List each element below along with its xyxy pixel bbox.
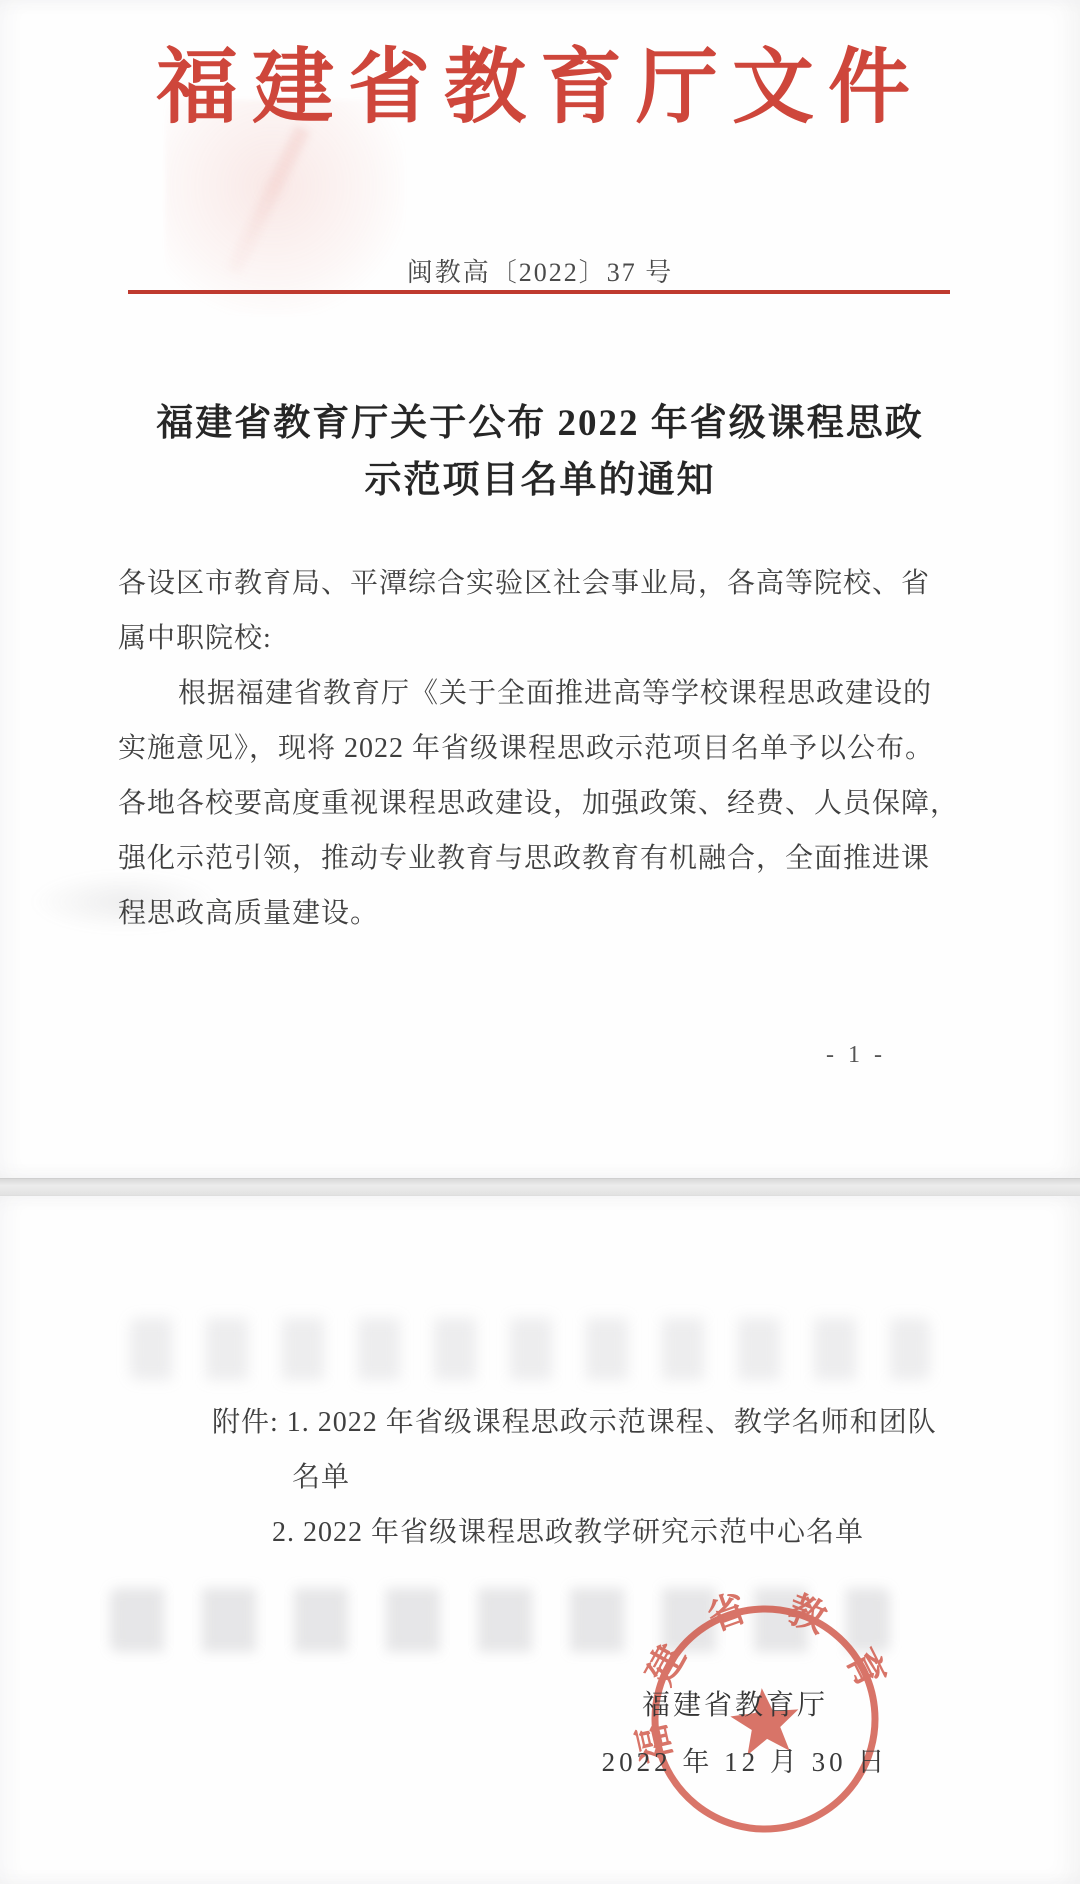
recipients-line: 属中职院校: (118, 611, 960, 666)
attachment-list-line-2: 名单 (292, 1455, 350, 1495)
document-page-1: 福建省教育厅文件 闽教高〔2022〕37 号 福建省教育厅关于公布 2022 年… (0, 0, 1080, 1178)
body-paragraph-line: 强化示范引领，推动专业教育与思政教育有机融合，全面推进课 (118, 831, 960, 886)
page-separator-gap (0, 1178, 1080, 1196)
document-number: 闽教高〔2022〕37 号 (0, 252, 1080, 289)
red-divider-rule (128, 290, 950, 294)
issue-date: 2022 年 12 月 30 日 (555, 1740, 935, 1779)
document-title-line-1: 福建省教育厅关于公布 2022 年省级课程思政 (0, 392, 1080, 446)
body-paragraph-line: 各地各校要高度重视课程思政建设，加强政策、经费、人员保障， (118, 776, 960, 831)
body-paragraph-line: 根据福建省教育厅《关于全面推进高等学校课程思政建设的 (118, 666, 960, 721)
bleedthrough-text-ghost (130, 1318, 930, 1380)
attachment-list-line-1: 附件: 1. 2022 年省级课程思政示范课程、教学名师和团队 (212, 1400, 937, 1440)
issuer-signature: 福建省教育厅 (560, 1683, 910, 1723)
body-paragraph-line: 程思政高质量建设。 (118, 886, 960, 941)
document-page-2: 附件: 1. 2022 年省级课程思政示范课程、教学名师和团队 名单 2. 20… (0, 1196, 1080, 1884)
issuer-header: 福建省教育厅文件 (0, 22, 1080, 139)
body-paragraph-line: 实施意见》，现将 2022 年省级课程思政示范项目名单予以公布。 (118, 721, 960, 776)
scanned-official-document: 福建省教育厅文件 闽教高〔2022〕37 号 福建省教育厅关于公布 2022 年… (0, 0, 1080, 1884)
attachment-list-line-3: 2. 2022 年省级课程思政教学研究示范中心名单 (272, 1510, 864, 1550)
document-title-line-2: 示范项目名单的通知 (0, 449, 1080, 503)
document-body: 各设区市教育局、平潭综合实验区社会事业局，各高等院校、省 属中职院校: 根据福建… (118, 556, 960, 941)
page-number-footer: - 1 - (826, 1042, 886, 1069)
recipients-line: 各设区市教育局、平潭综合实验区社会事业局，各高等院校、省 (118, 556, 960, 611)
